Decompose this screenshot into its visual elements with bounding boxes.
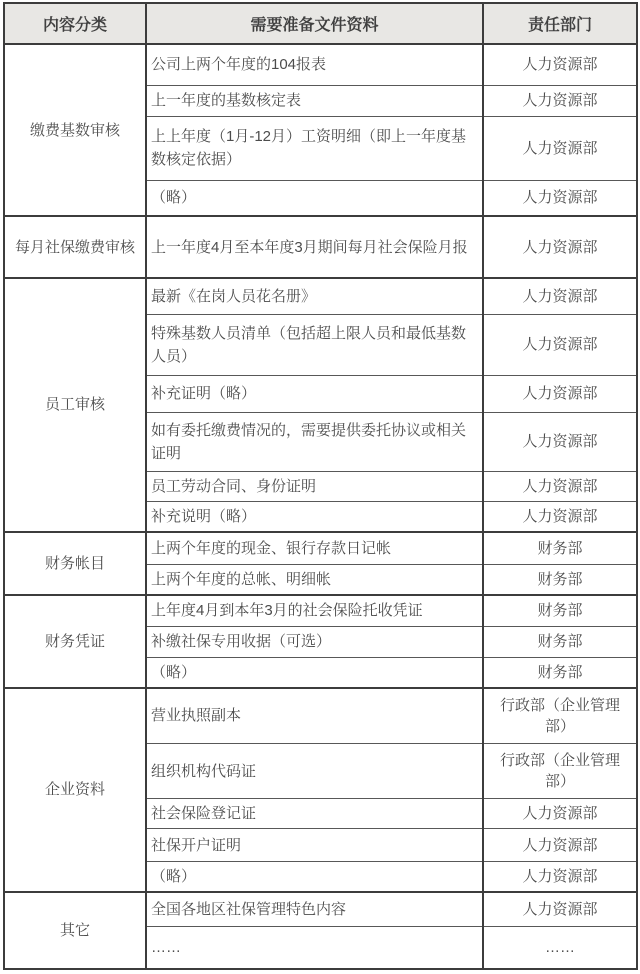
table-row: 员工审核最新《在岗人员花名册》人力资源部	[4, 278, 637, 314]
table-row: 财务帐目上两个年度的现金、银行存款日记帐财务部	[4, 532, 637, 565]
department-cell: 人力资源部	[483, 180, 637, 216]
document-cell: 补充证明（略）	[146, 375, 483, 412]
document-cell: （略）	[146, 862, 483, 893]
department-cell: 人力资源部	[483, 799, 637, 829]
document-cell: 员工劳动合同、身份证明	[146, 471, 483, 501]
department-cell: 行政部（企业管理部）	[483, 744, 637, 799]
table-body: 缴费基数审核公司上两个年度的104报表人力资源部上一年度的基数核定表人力资源部上…	[4, 44, 637, 969]
department-cell: 财务部	[483, 626, 637, 657]
document-cell: 营业执照副本	[146, 688, 483, 744]
header-documents: 需要准备文件资料	[146, 3, 483, 44]
document-cell: 补缴社保专用收据（可选）	[146, 626, 483, 657]
header-category: 内容分类	[4, 3, 146, 44]
category-cell: 每月社保缴费审核	[4, 216, 146, 278]
document-cell: （略）	[146, 180, 483, 216]
document-cell: ……	[146, 926, 483, 969]
category-cell: 财务帐目	[4, 532, 146, 596]
document-cell: 组织机构代码证	[146, 744, 483, 799]
department-cell: 财务部	[483, 595, 637, 626]
department-cell: 人力资源部	[483, 892, 637, 926]
table-row: 企业资料营业执照副本行政部（企业管理部）	[4, 688, 637, 744]
department-cell: 人力资源部	[483, 44, 637, 85]
page: 内容分类 需要准备文件资料 责任部门 缴费基数审核公司上两个年度的104报表人力…	[0, 0, 640, 974]
department-cell: 人力资源部	[483, 375, 637, 412]
document-cell: 上一年度4月至本年度3月期间每月社会保险月报	[146, 216, 483, 278]
department-cell: 人力资源部	[483, 85, 637, 116]
document-cell: 补充说明（略）	[146, 501, 483, 532]
document-cell: （略）	[146, 657, 483, 688]
document-cell: 最新《在岗人员花名册》	[146, 278, 483, 314]
department-cell: 人力资源部	[483, 116, 637, 180]
document-cell: 全国各地区社保管理特色内容	[146, 892, 483, 926]
department-cell: 财务部	[483, 657, 637, 688]
document-cell: 上两个年度的总帐、明细帐	[146, 565, 483, 596]
department-cell: 财务部	[483, 532, 637, 565]
document-cell: 特殊基数人员清单（包括超上限人员和最低基数人员）	[146, 314, 483, 375]
document-cell: 公司上两个年度的104报表	[146, 44, 483, 85]
category-cell: 其它	[4, 892, 146, 969]
document-cell: 上年度4月到本年3月的社会保险托收凭证	[146, 595, 483, 626]
department-cell: 人力资源部	[483, 278, 637, 314]
department-cell: 行政部（企业管理部）	[483, 688, 637, 744]
table-row: 其它全国各地区社保管理特色内容人力资源部	[4, 892, 637, 926]
table-header-row: 内容分类 需要准备文件资料 责任部门	[4, 3, 637, 44]
document-cell: 上上年度（1月-12月）工资明细（即上一年度基数核定依据）	[146, 116, 483, 180]
document-cell: 社会保险登记证	[146, 799, 483, 829]
category-cell: 企业资料	[4, 688, 146, 893]
department-cell: 人力资源部	[483, 862, 637, 893]
table-row: 财务凭证上年度4月到本年3月的社会保险托收凭证财务部	[4, 595, 637, 626]
document-cell: 上两个年度的现金、银行存款日记帐	[146, 532, 483, 565]
department-cell: 人力资源部	[483, 216, 637, 278]
department-cell: ……	[483, 926, 637, 969]
social-insurance-audit-table: 内容分类 需要准备文件资料 责任部门 缴费基数审核公司上两个年度的104报表人力…	[3, 2, 638, 970]
document-cell: 如有委托缴费情况的，需要提供委托协议或相关证明	[146, 412, 483, 471]
category-cell: 缴费基数审核	[4, 44, 146, 216]
department-cell: 人力资源部	[483, 829, 637, 862]
department-cell: 人力资源部	[483, 501, 637, 532]
category-cell: 员工审核	[4, 278, 146, 532]
table-row: 每月社保缴费审核上一年度4月至本年度3月期间每月社会保险月报人力资源部	[4, 216, 637, 278]
department-cell: 人力资源部	[483, 471, 637, 501]
department-cell: 人力资源部	[483, 412, 637, 471]
department-cell: 人力资源部	[483, 314, 637, 375]
table-head: 内容分类 需要准备文件资料 责任部门	[4, 3, 637, 44]
table-row: 缴费基数审核公司上两个年度的104报表人力资源部	[4, 44, 637, 85]
header-department: 责任部门	[483, 3, 637, 44]
document-cell: 社保开户证明	[146, 829, 483, 862]
category-cell: 财务凭证	[4, 595, 146, 688]
document-cell: 上一年度的基数核定表	[146, 85, 483, 116]
department-cell: 财务部	[483, 565, 637, 596]
